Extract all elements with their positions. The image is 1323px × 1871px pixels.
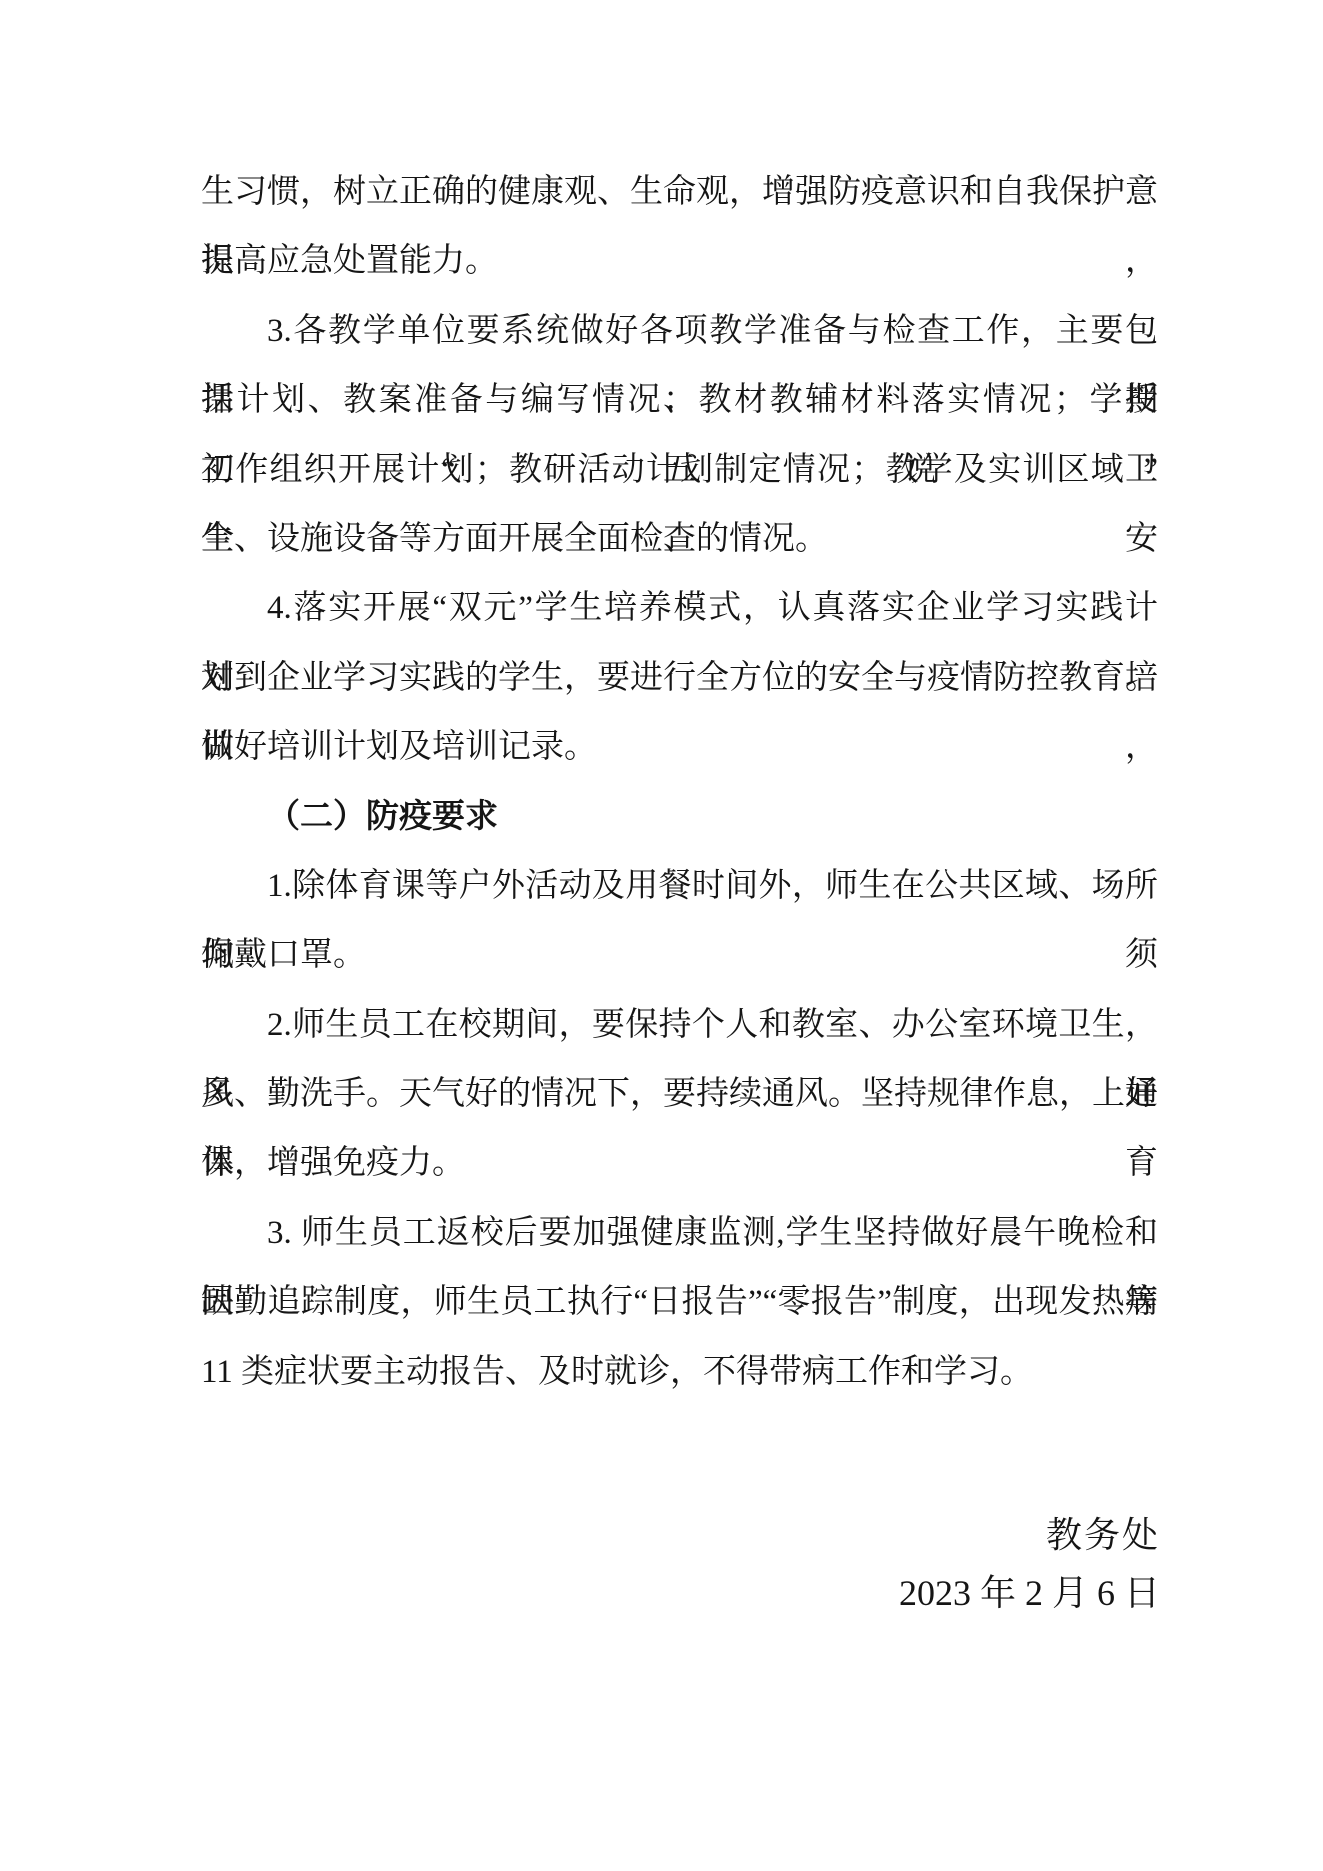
document-line: 生习惯，树立正确的健康观、生命观，增强防疫意识和自我保护意识，: [201, 158, 1158, 227]
document-line: 3.各教学单位要系统做好各项教学准备与检查工作，主要包括：授: [201, 297, 1158, 366]
signature-block: 教务处 2023 年 2 月 6 日: [899, 1506, 1160, 1622]
document-line: 缺勤追踪制度，师生员工执行“日报告”“零报告”制度，出现发热等: [201, 1268, 1158, 1337]
document-line: 4.落实开展“双元”学生培养模式，认真落实企业学习实践计划。: [201, 574, 1158, 643]
document-line: 1.除体育课等户外活动及用餐时间外，师生在公共区域、场所均须: [201, 852, 1158, 921]
document-page: 生习惯，树立正确的健康观、生命观，增强防疫意识和自我保护意识，提高应急处置能力。…: [0, 0, 1323, 1871]
document-line: 课计划、教案准备与编写情况、教材教辅材料落实情况；学期初“五说”: [201, 366, 1158, 435]
document-body: 生习惯，树立正确的健康观、生命观，增强防疫意识和自我保护意识，提高应急处置能力。…: [201, 158, 1158, 1407]
document-line: 工作组织开展计划；教研活动计划制定情况；教学及实训区域卫生、安: [201, 436, 1158, 505]
document-line: 3. 师生员工返校后要加强健康监测,学生坚持做好晨午晚检和因病: [201, 1199, 1158, 1268]
document-line: 11 类症状要主动报告、及时就诊，不得带病工作和学习。: [201, 1338, 1158, 1407]
section-heading: （二）防疫要求: [201, 783, 1158, 852]
document-line: 风、勤洗手。天气好的情况下，要持续通风。坚持规律作息，上好体育: [201, 1060, 1158, 1129]
signature-date: 2023 年 2 月 6 日: [899, 1564, 1160, 1622]
document-line: 2.师生员工在校期间，要保持个人和教室、办公室环境卫生，多通: [201, 991, 1158, 1060]
document-line: 对到企业学习实践的学生，要进行全方位的安全与疫情防控教育培训，: [201, 644, 1158, 713]
signature-author: 教务处: [899, 1506, 1160, 1564]
